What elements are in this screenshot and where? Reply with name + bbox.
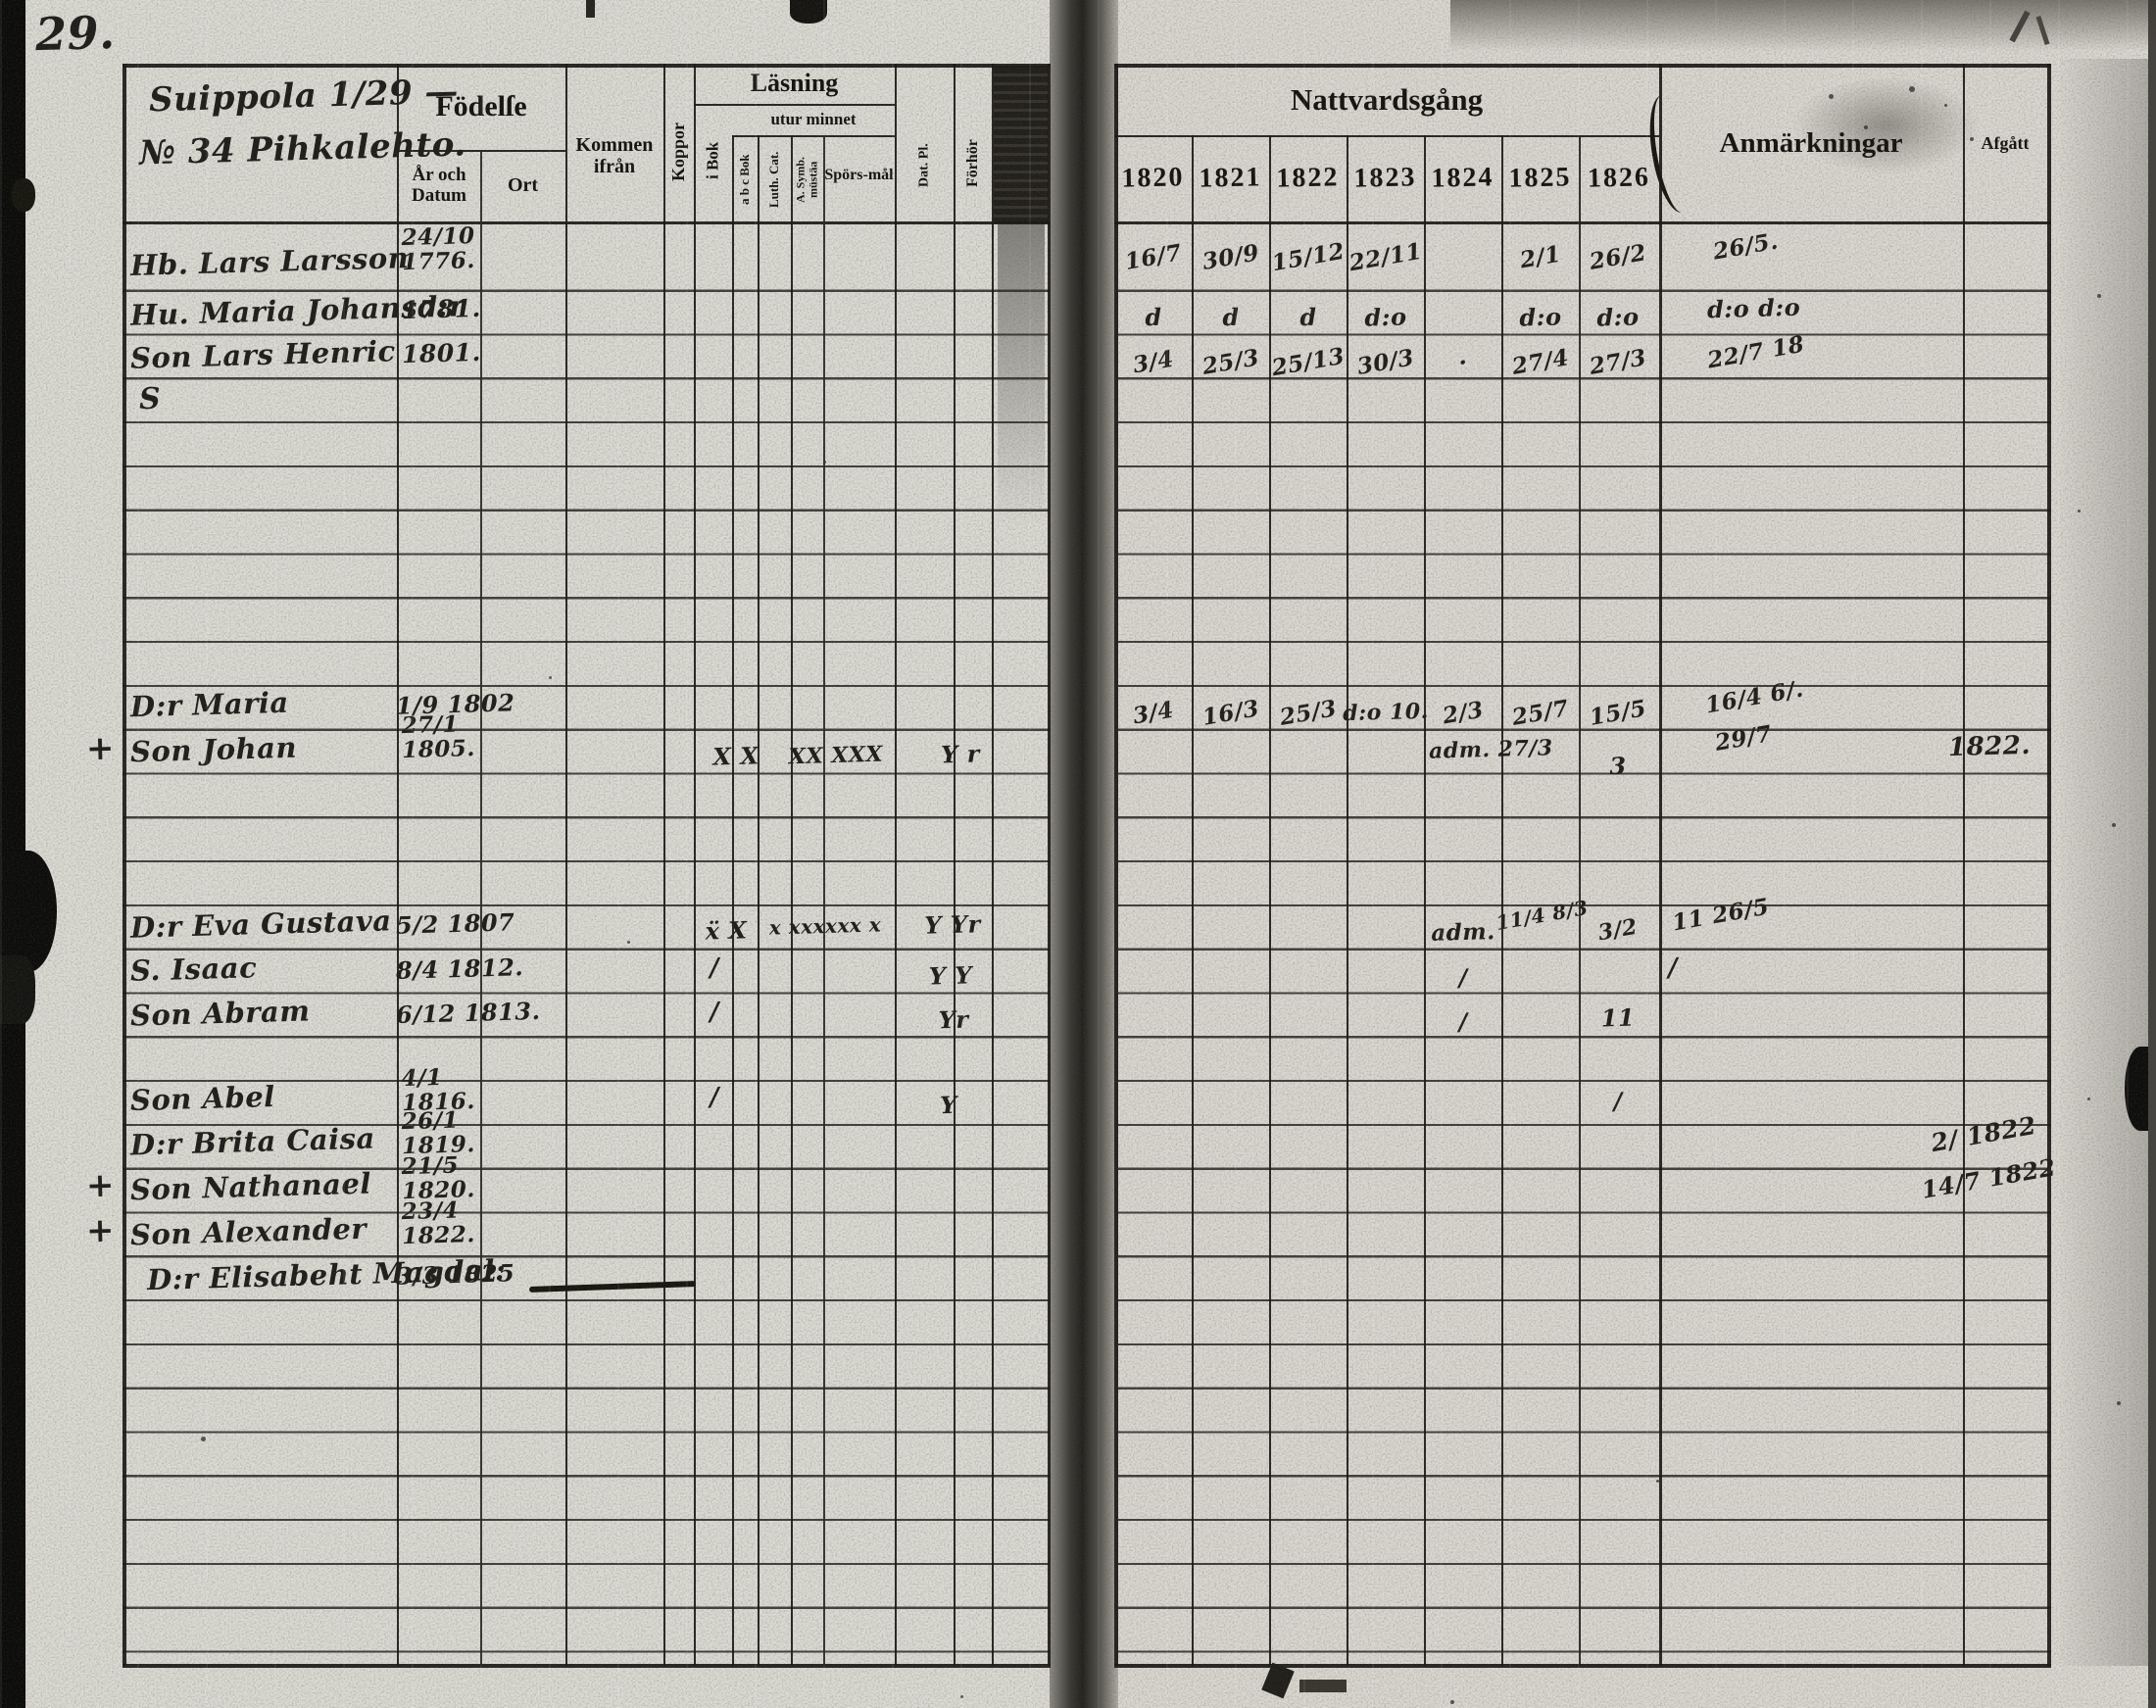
entries-2-name: Son Lars Henric xyxy=(130,336,397,374)
entries-1-nv-2: d xyxy=(1271,295,1345,340)
header-fodelse: Födelſe xyxy=(397,65,565,149)
header-koppor: Koppor xyxy=(663,94,694,210)
header-year-1825: 1825 xyxy=(1500,134,1580,222)
entries-8-nv-4: / xyxy=(1426,1000,1499,1045)
grid-line-vertical xyxy=(1963,64,1965,1666)
header-sporsmal: Spörs-mål xyxy=(823,143,895,208)
entries-7-marks_ibok: / xyxy=(710,954,720,982)
header-year-1826: 1826 xyxy=(1578,134,1660,222)
grid-line-vertical xyxy=(565,64,567,1666)
entries-5-marks_forhor: Y r xyxy=(916,734,1004,775)
entry-11-margin-cross: + xyxy=(85,1168,115,1205)
header-year-1821: 1821 xyxy=(1191,134,1270,222)
entries-1-birth: 1781. xyxy=(402,295,482,323)
entries-11-name: Son Nathanael xyxy=(130,1169,372,1206)
header-year-1820: 1820 xyxy=(1113,134,1193,222)
entries-6-birth: 5/2 1807 xyxy=(396,909,515,938)
entries-12-name: Son Alexander xyxy=(130,1214,367,1251)
grid-line-vertical xyxy=(2047,64,2051,1666)
clasp-blob xyxy=(0,851,57,972)
entries-1-nv-5: d:o xyxy=(1503,295,1577,340)
entries-5-nv-6: 3 xyxy=(1581,746,1654,787)
grid-line-vertical xyxy=(954,64,955,1666)
bottom-ink-blob-2 xyxy=(1299,1680,1347,1692)
gutter-shadow xyxy=(1050,0,1118,1708)
entries-8-marks_ibok: / xyxy=(710,999,720,1026)
header-nattvardsgang: Nattvardsgång xyxy=(1114,67,1659,133)
entries-1-nv-0: d xyxy=(1116,295,1190,340)
stain-dot xyxy=(2097,294,2101,298)
entries-2-nv-4: · xyxy=(1426,340,1499,385)
grid-line-vertical xyxy=(1048,64,1051,1666)
entries-0-birth: 24/10 1776. xyxy=(401,224,480,275)
stain-dot xyxy=(2117,1401,2121,1405)
entries-9-name: Son Abel xyxy=(130,1082,276,1116)
stain-dot xyxy=(2087,1098,2090,1100)
folio-number: 29. xyxy=(34,9,116,60)
entries-6-nv-4: adm. xyxy=(1426,910,1499,955)
header-year-1822: 1822 xyxy=(1268,134,1347,222)
right-margin-streak xyxy=(2054,59,2152,1666)
entries-4-name: D:r Maria xyxy=(130,688,290,723)
grid-line-horizontal xyxy=(122,1664,1051,1668)
header-year-1824: 1824 xyxy=(1423,134,1502,222)
stain-dot xyxy=(2078,510,2081,512)
header-forhor: Förhör xyxy=(954,112,992,216)
smudged-column-streak xyxy=(998,223,1045,527)
grid-line-vertical xyxy=(694,64,696,1666)
rules-right-page xyxy=(1114,248,2051,1666)
entries-5-birth: 27/1 1805. xyxy=(401,712,480,763)
grid-line-vertical xyxy=(1192,135,1194,1666)
header-abc-bok: a b c Bok xyxy=(732,137,758,221)
stain-dot xyxy=(549,676,552,679)
entries-7-name: S. Isaac xyxy=(130,952,258,987)
grid-line-vertical xyxy=(1659,64,1662,1666)
grid-line-vertical xyxy=(1347,135,1348,1666)
top-ink-blob xyxy=(790,0,827,24)
grid-line-vertical xyxy=(1501,135,1503,1666)
entries-1-nv-1: d xyxy=(1194,295,1267,340)
scanned-register-spread: 29.Suippola 1/29 —№ 34 Pihkalehto.Födelſ… xyxy=(0,0,2156,1708)
clasp-blob-lower xyxy=(0,955,35,1024)
grid-line-vertical xyxy=(823,135,825,1666)
entries-7-remark: / xyxy=(1668,954,1679,982)
top-ink-tick xyxy=(586,0,595,18)
entries-8-birth: 6/12 1813. xyxy=(396,999,541,1028)
entry-5-margin-cross: + xyxy=(85,731,115,768)
top-edge-vignette xyxy=(1450,0,2156,51)
header-lasning: Läsning xyxy=(694,63,895,104)
right-edge-strip xyxy=(2148,0,2156,1708)
entries-8-marks_forhor: Yr xyxy=(908,1000,998,1041)
entries-8-name: Son Abram xyxy=(130,996,311,1031)
entries-13-birth: 3/3 1825 xyxy=(396,1260,515,1289)
entries-1-nv-3: d:o xyxy=(1348,295,1422,340)
entries-10-name: D:r Brita Caisa xyxy=(130,1124,376,1161)
stain-dot xyxy=(823,461,826,464)
smudged-rotated-column xyxy=(994,66,1049,223)
entries-1-nv-6: d:o xyxy=(1581,295,1654,340)
entries-8-nv-6: 11 xyxy=(1581,996,1654,1041)
stain-dot xyxy=(627,941,630,944)
header-kommen-ifran: Kommen ifrån xyxy=(565,116,663,198)
grid-line-horizontal xyxy=(122,221,1051,224)
entries-5-marks_minnet: XX XXX xyxy=(777,735,894,777)
entries-5-marks_ibok: X X xyxy=(695,736,776,777)
grid-line-vertical xyxy=(791,135,793,1666)
entries-4-nv-3: d:o 10. xyxy=(1342,691,1429,736)
entries-6-marks_forhor: Y Yr xyxy=(901,904,1004,947)
stain-dot xyxy=(1656,1480,1659,1483)
entry-12-margin-cross: + xyxy=(85,1213,115,1250)
grid-line-vertical xyxy=(663,64,665,1666)
grid-line-vertical xyxy=(1424,135,1426,1666)
grid-line-vertical xyxy=(122,64,126,1666)
entries-5-nv-5: adm. 27/3 xyxy=(1429,737,1553,763)
grid-line-vertical xyxy=(732,135,734,1666)
grid-line-vertical xyxy=(758,135,759,1666)
stain-dot xyxy=(1450,1700,1454,1704)
entries-12-birth: 23/4 1822. xyxy=(401,1198,484,1249)
header-luth-cat: Luth. Cat. xyxy=(758,137,791,221)
stain-dot xyxy=(2112,823,2116,827)
header-a-symb: A. Symb. müstäa xyxy=(791,137,823,221)
grid-line-vertical xyxy=(895,64,897,1666)
header-ort: Ort xyxy=(480,150,565,221)
entries-9-marks_ibok: / xyxy=(710,1084,720,1111)
header-anmarkningar: Anmärkningar xyxy=(1659,67,1963,221)
grid-line-vertical xyxy=(992,64,994,1666)
entries-5-name: Son Johan xyxy=(130,733,298,768)
entries-7-marks_forhor: Y Y xyxy=(903,955,998,998)
entries-7-birth: 8/4 1812. xyxy=(396,954,524,984)
header-utur-minnet: utur minnet xyxy=(732,104,895,135)
entries-5-afgatt: 1822. xyxy=(1948,732,2032,761)
entries-9-marks_forhor: Y xyxy=(918,1085,978,1126)
entries-6-name: D:r Eva Gustava xyxy=(130,905,392,944)
entries-6-marks_minnet: x xxxxxx x xyxy=(756,905,894,949)
stain-dot xyxy=(960,1695,963,1698)
entries-1-remark: d:o d:o xyxy=(1707,295,1801,323)
entries-9-nv-6: / xyxy=(1581,1079,1654,1124)
entries-7-nv-4: / xyxy=(1426,955,1499,1000)
header-year-1823: 1823 xyxy=(1346,134,1425,222)
header-i-bok: i Bok xyxy=(694,106,732,216)
grid-line-horizontal xyxy=(122,64,1051,68)
entries-3-name: S xyxy=(139,384,162,416)
header-dat-pl: Dat. Pl. xyxy=(895,116,954,216)
header-afgatt: Afgått xyxy=(1963,67,2047,221)
stain-dot xyxy=(201,1437,206,1441)
entries-2-birth: 1801. xyxy=(402,339,482,367)
grid-line-horizontal xyxy=(1114,1664,2051,1668)
left-edge-small-blob xyxy=(12,178,35,212)
header-ar-och-datum: År och Datum xyxy=(399,150,479,221)
